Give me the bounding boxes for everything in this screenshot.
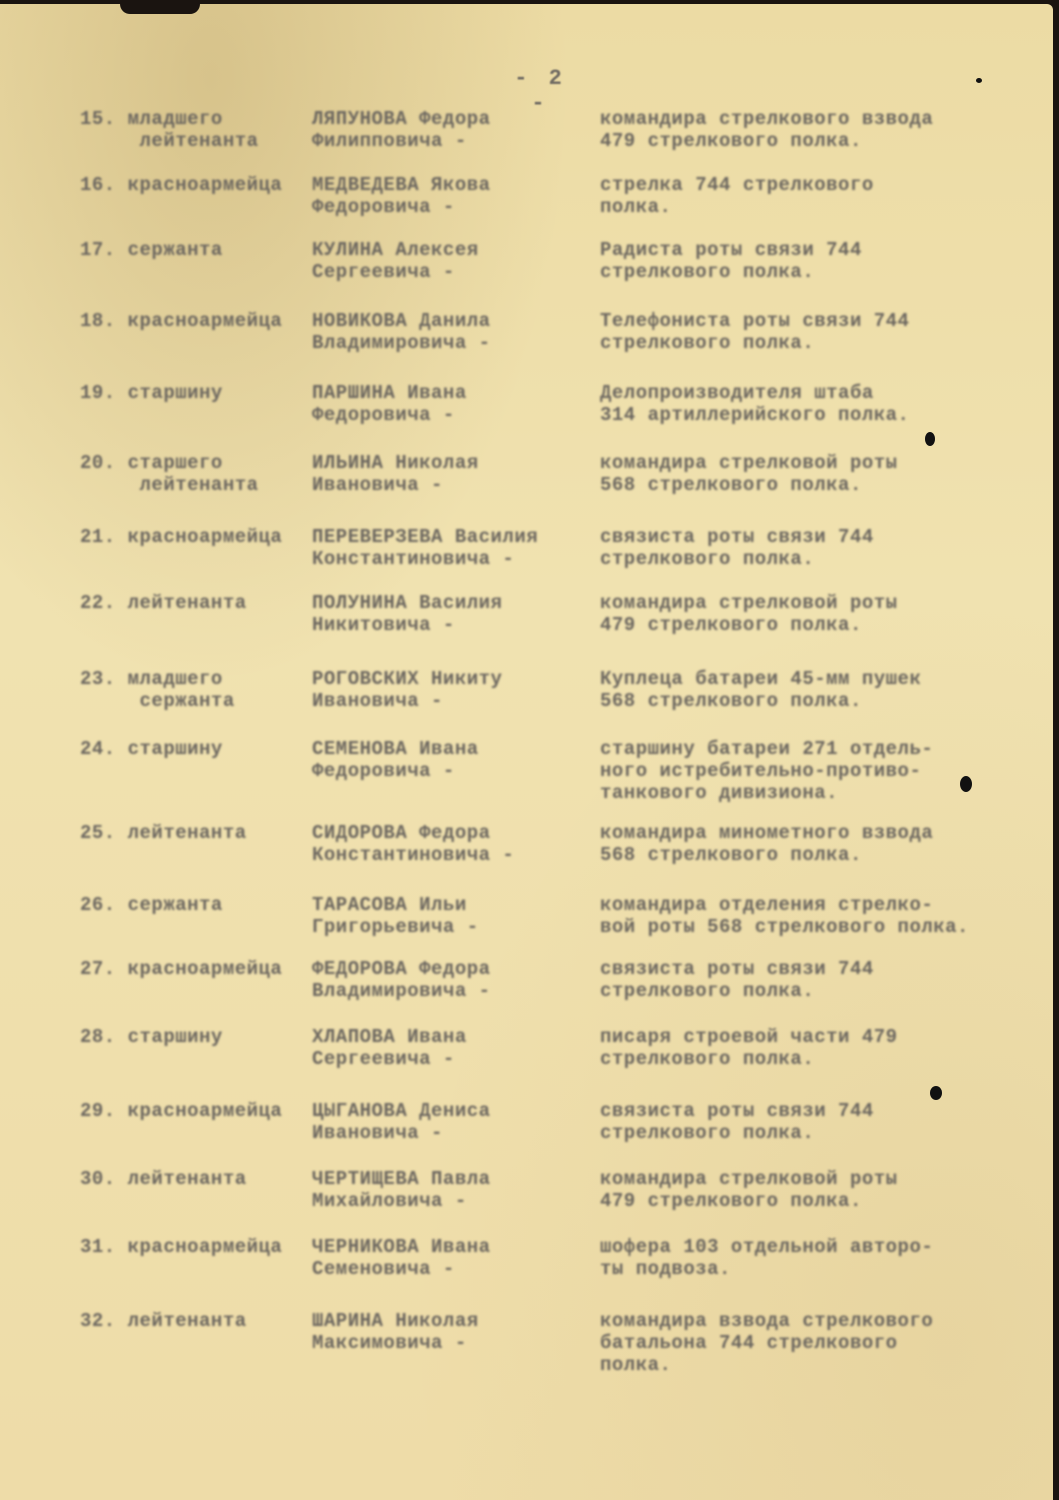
entry-name: НОВИКОВА Данила Владимировича - (312, 310, 592, 354)
entry-position: старшину батареи 271 отдель- ного истреб… (600, 738, 1040, 804)
entry-position: Телефониста роты связи 744 стрелкового п… (600, 310, 1040, 354)
entry-rank: 19. старшину (80, 382, 310, 404)
entry-rank: 30. лейтенанта (80, 1168, 310, 1190)
entry-name: МЕДВЕДЕВА Якова Федоровича - (312, 174, 592, 218)
entry-position: Делопроизводителя штаба 314 артиллерийск… (600, 382, 1040, 426)
entry-position: командира отделения стрелко- вой роты 56… (600, 894, 1040, 938)
entry-rank: 15. младшего лейтенанта (80, 108, 310, 152)
entry-position: связиста роты связи 744 стрелкового полк… (600, 958, 1040, 1002)
entry-rank: 25. лейтенанта (80, 822, 310, 844)
entry-rank: 16. красноармейца (80, 174, 310, 196)
ink-blot (930, 1086, 942, 1100)
entry-name: ЛЯПУНОВА Федора Филипповича - (312, 108, 592, 152)
entry-rank: 29. красноармейца (80, 1100, 310, 1122)
entry-rank: 23. младшего сержанта (80, 668, 310, 712)
entry-name: ПАРШИНА Ивана Федоровича - (312, 382, 592, 426)
entry-rank: 27. красноармейца (80, 958, 310, 980)
entry-position: командира стрелкового взвода 479 стрелко… (600, 108, 1040, 152)
entry-rank: 31. красноармейца (80, 1236, 310, 1258)
entry-name: ЦЫГАНОВА Дениса Ивановича - (312, 1100, 592, 1144)
entry-rank: 24. старшину (80, 738, 310, 760)
entry-position: Радиста роты связи 744 стрелкового полка… (600, 239, 1040, 283)
ink-speck (976, 78, 982, 83)
entry-position: шофера 103 отдельной автоpo- ты подвоза. (600, 1236, 1040, 1280)
entry-name: КУЛИНА Алексея Сергеевича - (312, 239, 592, 283)
ink-blot (925, 432, 935, 446)
document-page: - 2 - 15. младшего лейтенанта ЛЯПУНОВА Ф… (0, 4, 1053, 1500)
award-list: 15. младшего лейтенанта ЛЯПУНОВА Федора … (0, 4, 1053, 1500)
entry-position: писаря строевой части 479 стрелкового по… (600, 1026, 1040, 1070)
entry-position: Куплеца батареи 45-мм пушек 568 стрелков… (600, 668, 1040, 712)
entry-rank: 21. красноармейца (80, 526, 310, 548)
entry-position: командира стрелковой роты 479 стрелковог… (600, 592, 1040, 636)
entry-name: ЧЕРНИКОВА Ивана Семеновича - (312, 1236, 592, 1280)
entry-name: РОГОВСКИХ Никиту Ивановича - (312, 668, 592, 712)
entry-rank: 20. старшего лейтенанта (80, 452, 310, 496)
entry-position: связиста роты связи 744 стрелкового полк… (600, 1100, 1040, 1144)
entry-rank: 22. лейтенанта (80, 592, 310, 614)
entry-rank: 26. сержанта (80, 894, 310, 916)
entry-name: ЧЕРТИЩЕВА Павла Михайловича - (312, 1168, 592, 1212)
entry-position: стрелка 744 стрелкового полка. (600, 174, 1040, 218)
entry-rank: 17. сержанта (80, 239, 310, 261)
entry-rank: 28. старшину (80, 1026, 310, 1048)
entry-position: командира стрелковой роты 479 стрелковог… (600, 1168, 1040, 1212)
entry-rank: 18. красноармейца (80, 310, 310, 332)
entry-position: командира минометного взвода 568 стрелко… (600, 822, 1040, 866)
entry-position: командира взвода стрелкового батальона 7… (600, 1310, 1040, 1376)
entry-position: связиста роты связи 744 стрелкового полк… (600, 526, 1040, 570)
entry-name: СЕМЕНОВА Ивана Федоровича - (312, 738, 592, 782)
entry-name: ПОЛУНИНА Василия Никитовича - (312, 592, 592, 636)
ink-blot (960, 776, 972, 792)
entry-name: ПЕРЕВЕРЗЕВА Василия Константиновича - (312, 526, 592, 570)
entry-position: командира стрелковой роты 568 стрелковог… (600, 452, 1040, 496)
entry-name: ИЛЬИНА Николая Ивановича - (312, 452, 592, 496)
entry-name: ТАРАСОВА Ильи Григорьевича - (312, 894, 592, 938)
entry-name: СИДОРОВА Федора Константиновича - (312, 822, 592, 866)
entry-name: ХЛАПОВА Ивана Сергеевича - (312, 1026, 592, 1070)
entry-rank: 32. лейтенанта (80, 1310, 310, 1332)
entry-name: ФЕДОРОВА Федора Владимировича - (312, 958, 592, 1002)
entry-name: ШАРИНА Николая Максимовича - (312, 1310, 592, 1354)
